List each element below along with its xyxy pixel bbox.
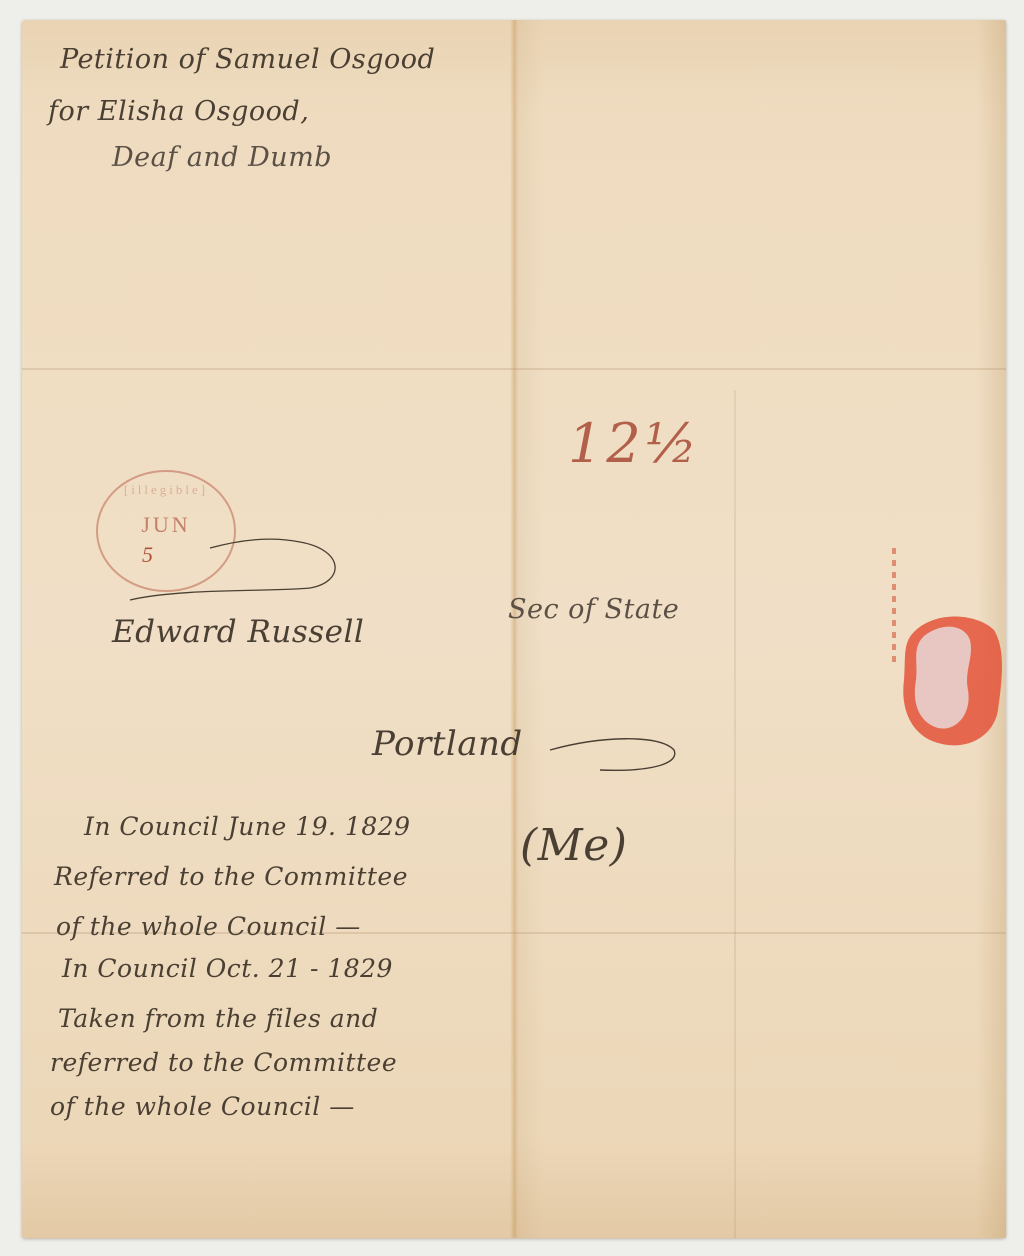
- minute-line-2: Referred to the Committee: [54, 862, 408, 891]
- vertical-fold: [734, 390, 736, 1238]
- docket-line-2: for Elisha Osgood,: [48, 96, 309, 127]
- center-fold: [510, 20, 518, 1238]
- minute-line-4: In Council Oct. 21 - 1829: [62, 954, 393, 983]
- minute-line-7: of the whole Council —: [50, 1092, 355, 1121]
- minute-line-6: referred to the Committee: [50, 1048, 397, 1077]
- seal-drip-marks: [892, 548, 896, 668]
- minute-line-1: In Council June 19. 1829: [84, 812, 411, 841]
- docket-line-3: Deaf and Dumb: [112, 142, 332, 173]
- postmark-arc-text: [illegible]: [108, 482, 224, 498]
- docket-line-1: Petition of Samuel Osgood: [60, 44, 435, 75]
- minute-line-5: Taken from the files and: [58, 1004, 378, 1033]
- wax-seal-remnant: [898, 610, 1004, 750]
- address-city: Portland: [372, 724, 523, 764]
- horizontal-fold: [22, 368, 1006, 370]
- city-flourish: [540, 728, 690, 788]
- minute-line-3: of the whole Council —: [56, 912, 361, 941]
- addressee-name: Edward Russell: [112, 614, 364, 650]
- postage-rate: 12½: [568, 412, 701, 475]
- address-state: (Me): [520, 820, 627, 871]
- pen-flourish: [120, 530, 350, 620]
- addressee-title: Sec of State: [508, 594, 679, 625]
